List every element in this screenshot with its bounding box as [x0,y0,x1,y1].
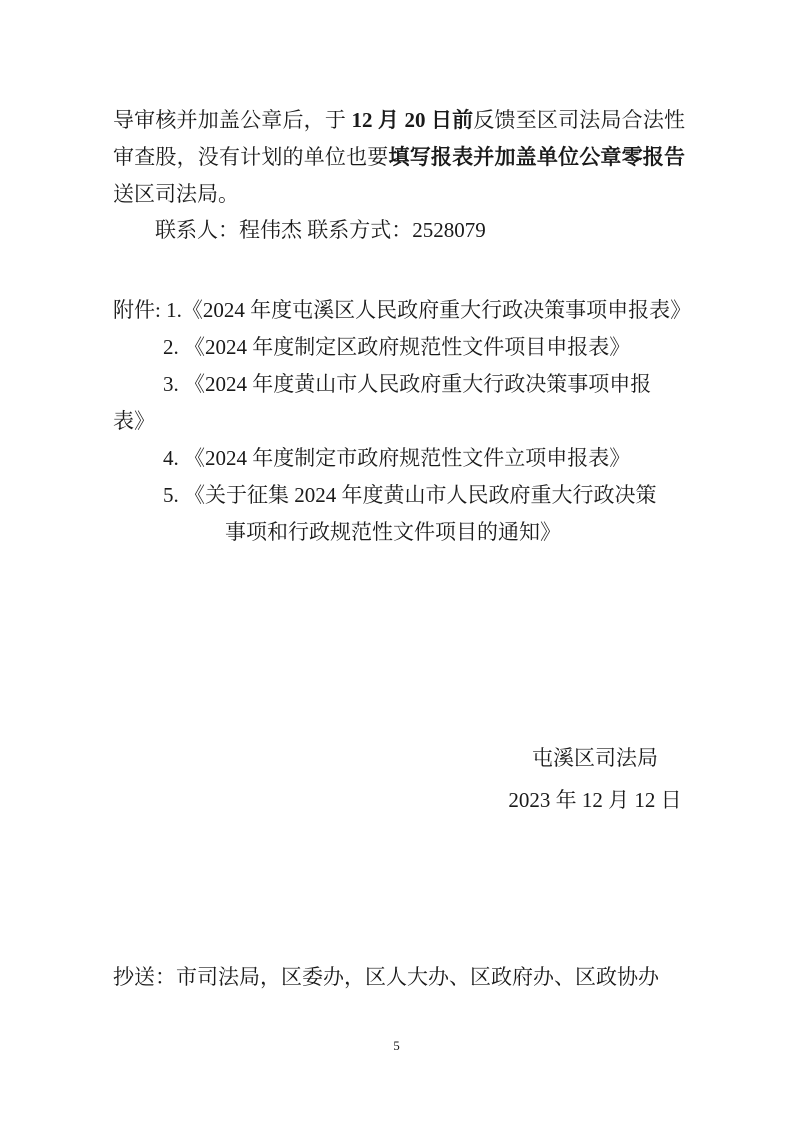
signature-org: 屯溪区司法局 [455,737,735,779]
page-number: 5 [0,1038,793,1054]
document-page: 导审核并加盖公章后，于 12 月 20 日前反馈至区司法局合法性 审查股，没有计… [0,0,793,1122]
attachment-line-1: 附件: 1.《2024 年度屯溪区人民政府重大行政决策事项申报表》 [113,292,723,329]
attachment-line-5-wrap: 事项和行政规范性文件项目的通知》 [113,514,723,551]
attachment-line-4: 4. 《2024 年度制定市政府规范性文件立项申报表》 [113,440,723,477]
signature-block: 屯溪区司法局 2023 年 12 月 12 日 [455,737,735,821]
attachments-block: 附件: 1.《2024 年度屯溪区人民政府重大行政决策事项申报表》 2. 《20… [113,292,723,551]
bold-emphasis-zero-report: 填写报表并加盖单位公章零报告 [389,145,686,169]
paragraph-text: 导审核并加盖公章后，于 [113,108,351,132]
body-paragraph: 导审核并加盖公章后，于 12 月 20 日前反馈至区司法局合法性 审查股，没有计… [113,102,685,213]
paragraph-line: 导审核并加盖公章后，于 12 月 20 日前反馈至区司法局合法性 [113,102,685,139]
paragraph-line: 审查股，没有计划的单位也要填写报表并加盖单位公章零报告 [113,139,685,176]
signature-date: 2023 年 12 月 12 日 [455,779,735,821]
paragraph-text: 审查股，没有计划的单位也要 [113,145,389,169]
attachment-line-3-wrap: 表》 [113,403,723,440]
bold-emphasis-deadline: 12 月 20 日前 [351,108,473,132]
cc-block: 抄送：市司法局，区委办，区人大办、区政府办、区政协办 [113,959,659,996]
attachment-line-3: 3. 《2024 年度黄山市人民政府重大行政决策事项申报 [113,366,723,403]
attachment-line-2: 2. 《2024 年度制定区政府规范性文件项目申报表》 [113,329,723,366]
cc-line: 抄送：市司法局，区委办，区人大办、区政府办、区政协办 [113,959,659,996]
paragraph-text: 反馈至区司法局合法性 [473,108,685,132]
contact-text: 联系人：程伟杰 联系方式：2528079 [155,212,486,249]
attachment-line-5: 5. 《关于征集 2024 年度黄山市人民政府重大行政决策 [113,477,723,514]
contact-line: 联系人：程伟杰 联系方式：2528079 [155,212,486,249]
paragraph-line: 送区司法局。 [113,176,685,213]
